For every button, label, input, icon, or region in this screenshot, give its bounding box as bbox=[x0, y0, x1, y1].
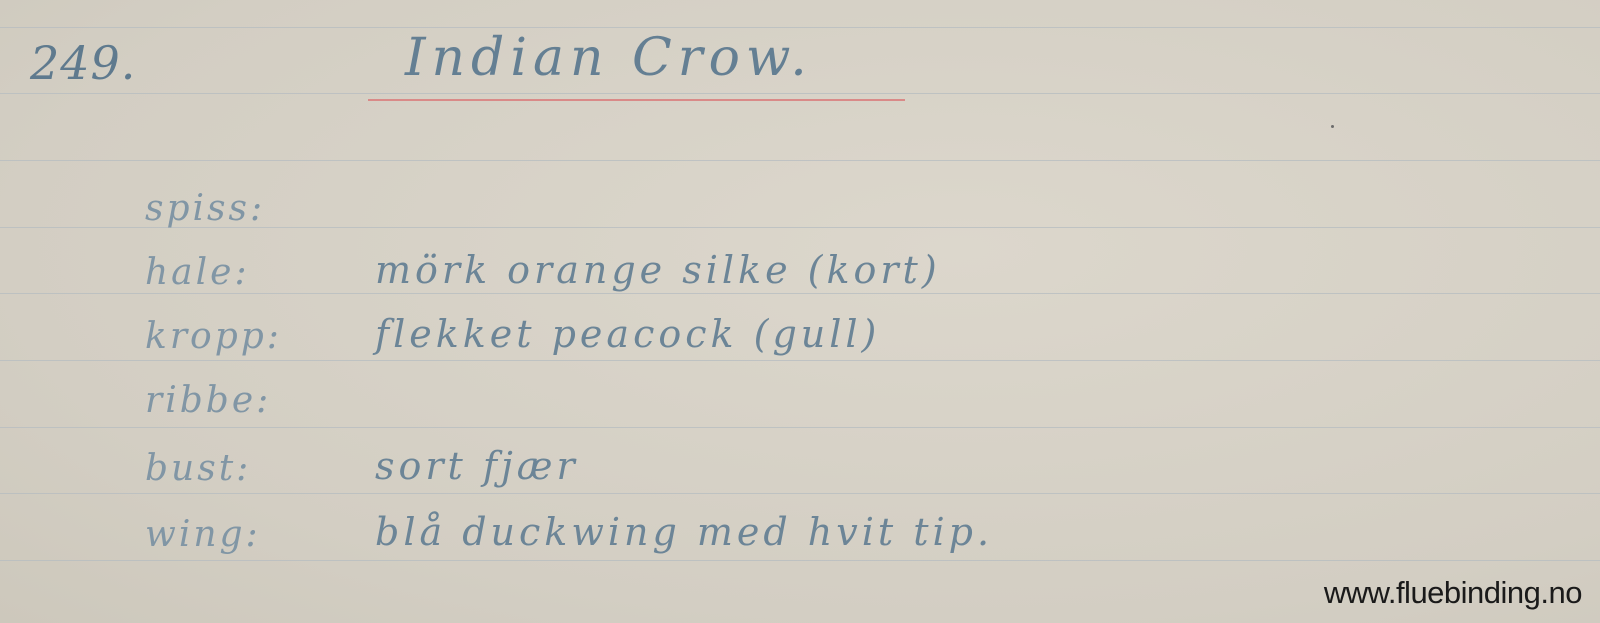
ruled-line bbox=[0, 93, 1600, 94]
notebook-page: 249. Indian Crow. spiss: hale: mörk oran… bbox=[0, 0, 1600, 623]
ruled-line bbox=[0, 560, 1600, 561]
ruled-line bbox=[0, 160, 1600, 161]
recipe-label-tail: hale: bbox=[145, 252, 250, 293]
page-title: Indian Crow. bbox=[405, 28, 813, 88]
recipe-label-rib: ribbe: bbox=[145, 380, 271, 421]
recipe-value-hackle: sort fjær bbox=[375, 444, 579, 488]
recipe-label-hackle: bust: bbox=[145, 448, 251, 489]
entry-number: 249. bbox=[30, 36, 136, 90]
website-watermark: www.fluebinding.no bbox=[1324, 575, 1582, 611]
recipe-value-wing: blå duckwing med hvit tip. bbox=[375, 510, 993, 554]
title-underline bbox=[368, 99, 905, 101]
recipe-value-body: flekket peacock (gull) bbox=[375, 312, 880, 356]
ruled-line bbox=[0, 493, 1600, 494]
recipe-label-wing: wing: bbox=[145, 514, 261, 555]
ruled-line bbox=[0, 360, 1600, 361]
recipe-label-body: kropp: bbox=[145, 316, 282, 357]
ruled-line bbox=[0, 427, 1600, 428]
ruled-line bbox=[0, 293, 1600, 294]
recipe-label-tip: spiss: bbox=[145, 188, 265, 229]
recipe-value-tail: mörk orange silke (kort) bbox=[375, 248, 941, 292]
ink-speck bbox=[1331, 125, 1334, 128]
